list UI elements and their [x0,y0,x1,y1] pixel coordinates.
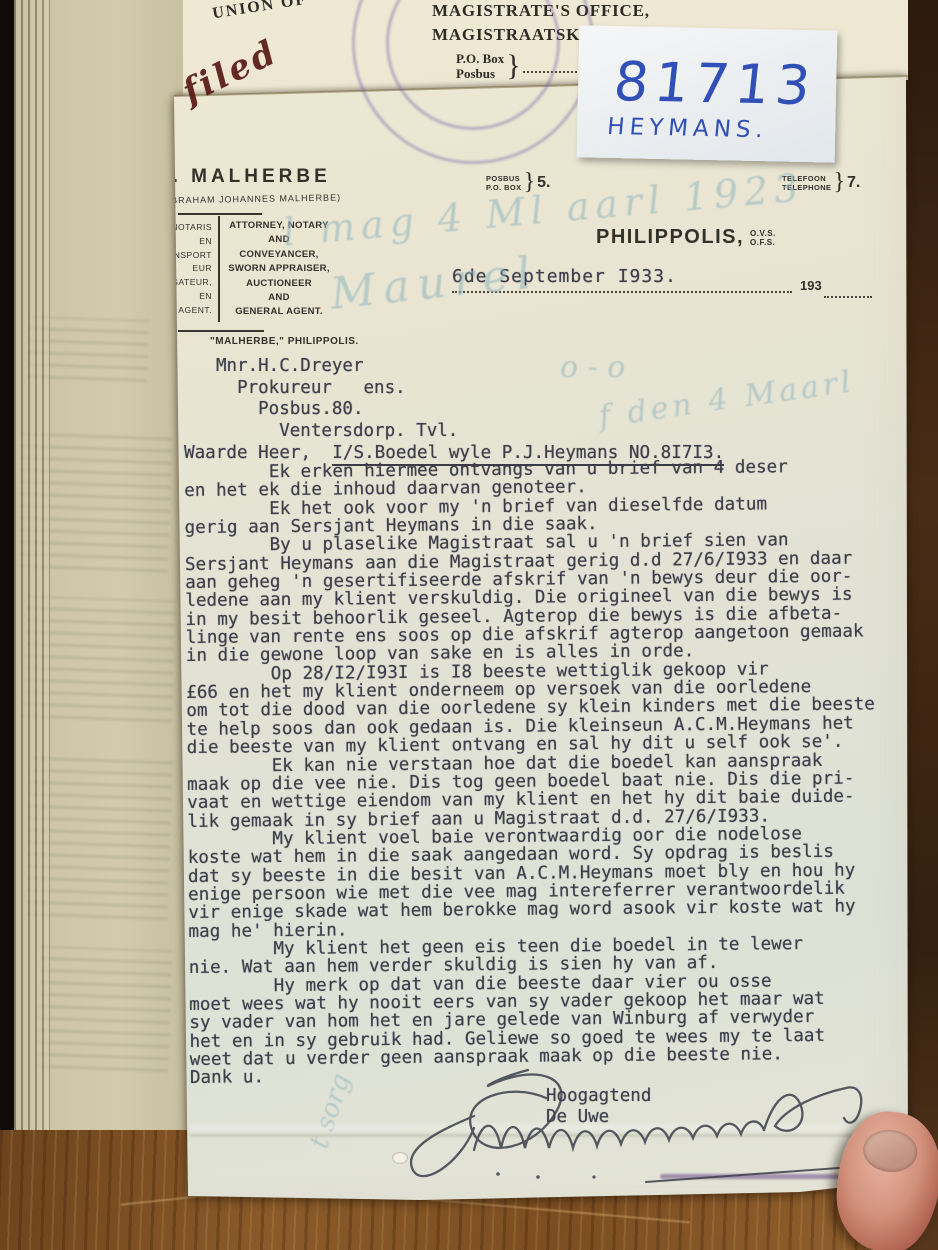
ghost-handwriting: Maurel [328,247,541,320]
salutation: Waarde Heer, [184,443,332,463]
letterhead-name: J. MALHERBE [158,166,331,188]
note-file-number: 81713 [611,50,820,117]
ghost-handwriting: o - o [560,350,625,385]
ghost-handwriting: f den 4 Maarl [597,364,857,434]
photo-of-letter: UNION OF MAGISTRATE'S OFFICE, MAGISTRAAT… [0,0,938,1250]
letterhead-rule [178,330,264,332]
letterhead-divider [218,216,220,322]
book-gutter-shadow [0,0,14,1250]
posbus-label: POSBUS P.O. BOX [486,174,522,192]
signature [378,1068,888,1193]
telegram-address: "MALHERBE," PHILIPPOLIS. [210,336,359,347]
thumbnail [861,1127,919,1174]
sticky-note: 81713 HEYMANS. [577,25,838,162]
showthrough-text-block [36,946,172,1073]
page-stack-edges [14,0,50,1190]
city-line: PHILIPPOLIS, O.V.S. O.F.S. [596,226,776,249]
letterhead-rule [178,213,262,215]
telefoon-value: 7. [847,174,860,192]
letterhead-full-name: (ABRAHAM JOHANNES MALHERBE) [160,192,341,205]
city-name: PHILIPPOLIS, [596,226,744,249]
brace-glyph: } [833,169,845,196]
union-header-fragment: UNION OF [211,0,308,23]
letter-body: Ek erken hiermee ontvangs van u brief va… [184,457,878,1087]
printed-year-prefix: 193 [800,278,822,293]
recipient-address: Mnr.H.C.Dreyer Prokureur ens. Posbus.80.… [216,356,458,442]
province-abbrev: O.V.S. O.F.S. [750,229,776,247]
year-dotted-line [824,294,872,298]
note-surname: HEYMANS. [606,114,769,143]
